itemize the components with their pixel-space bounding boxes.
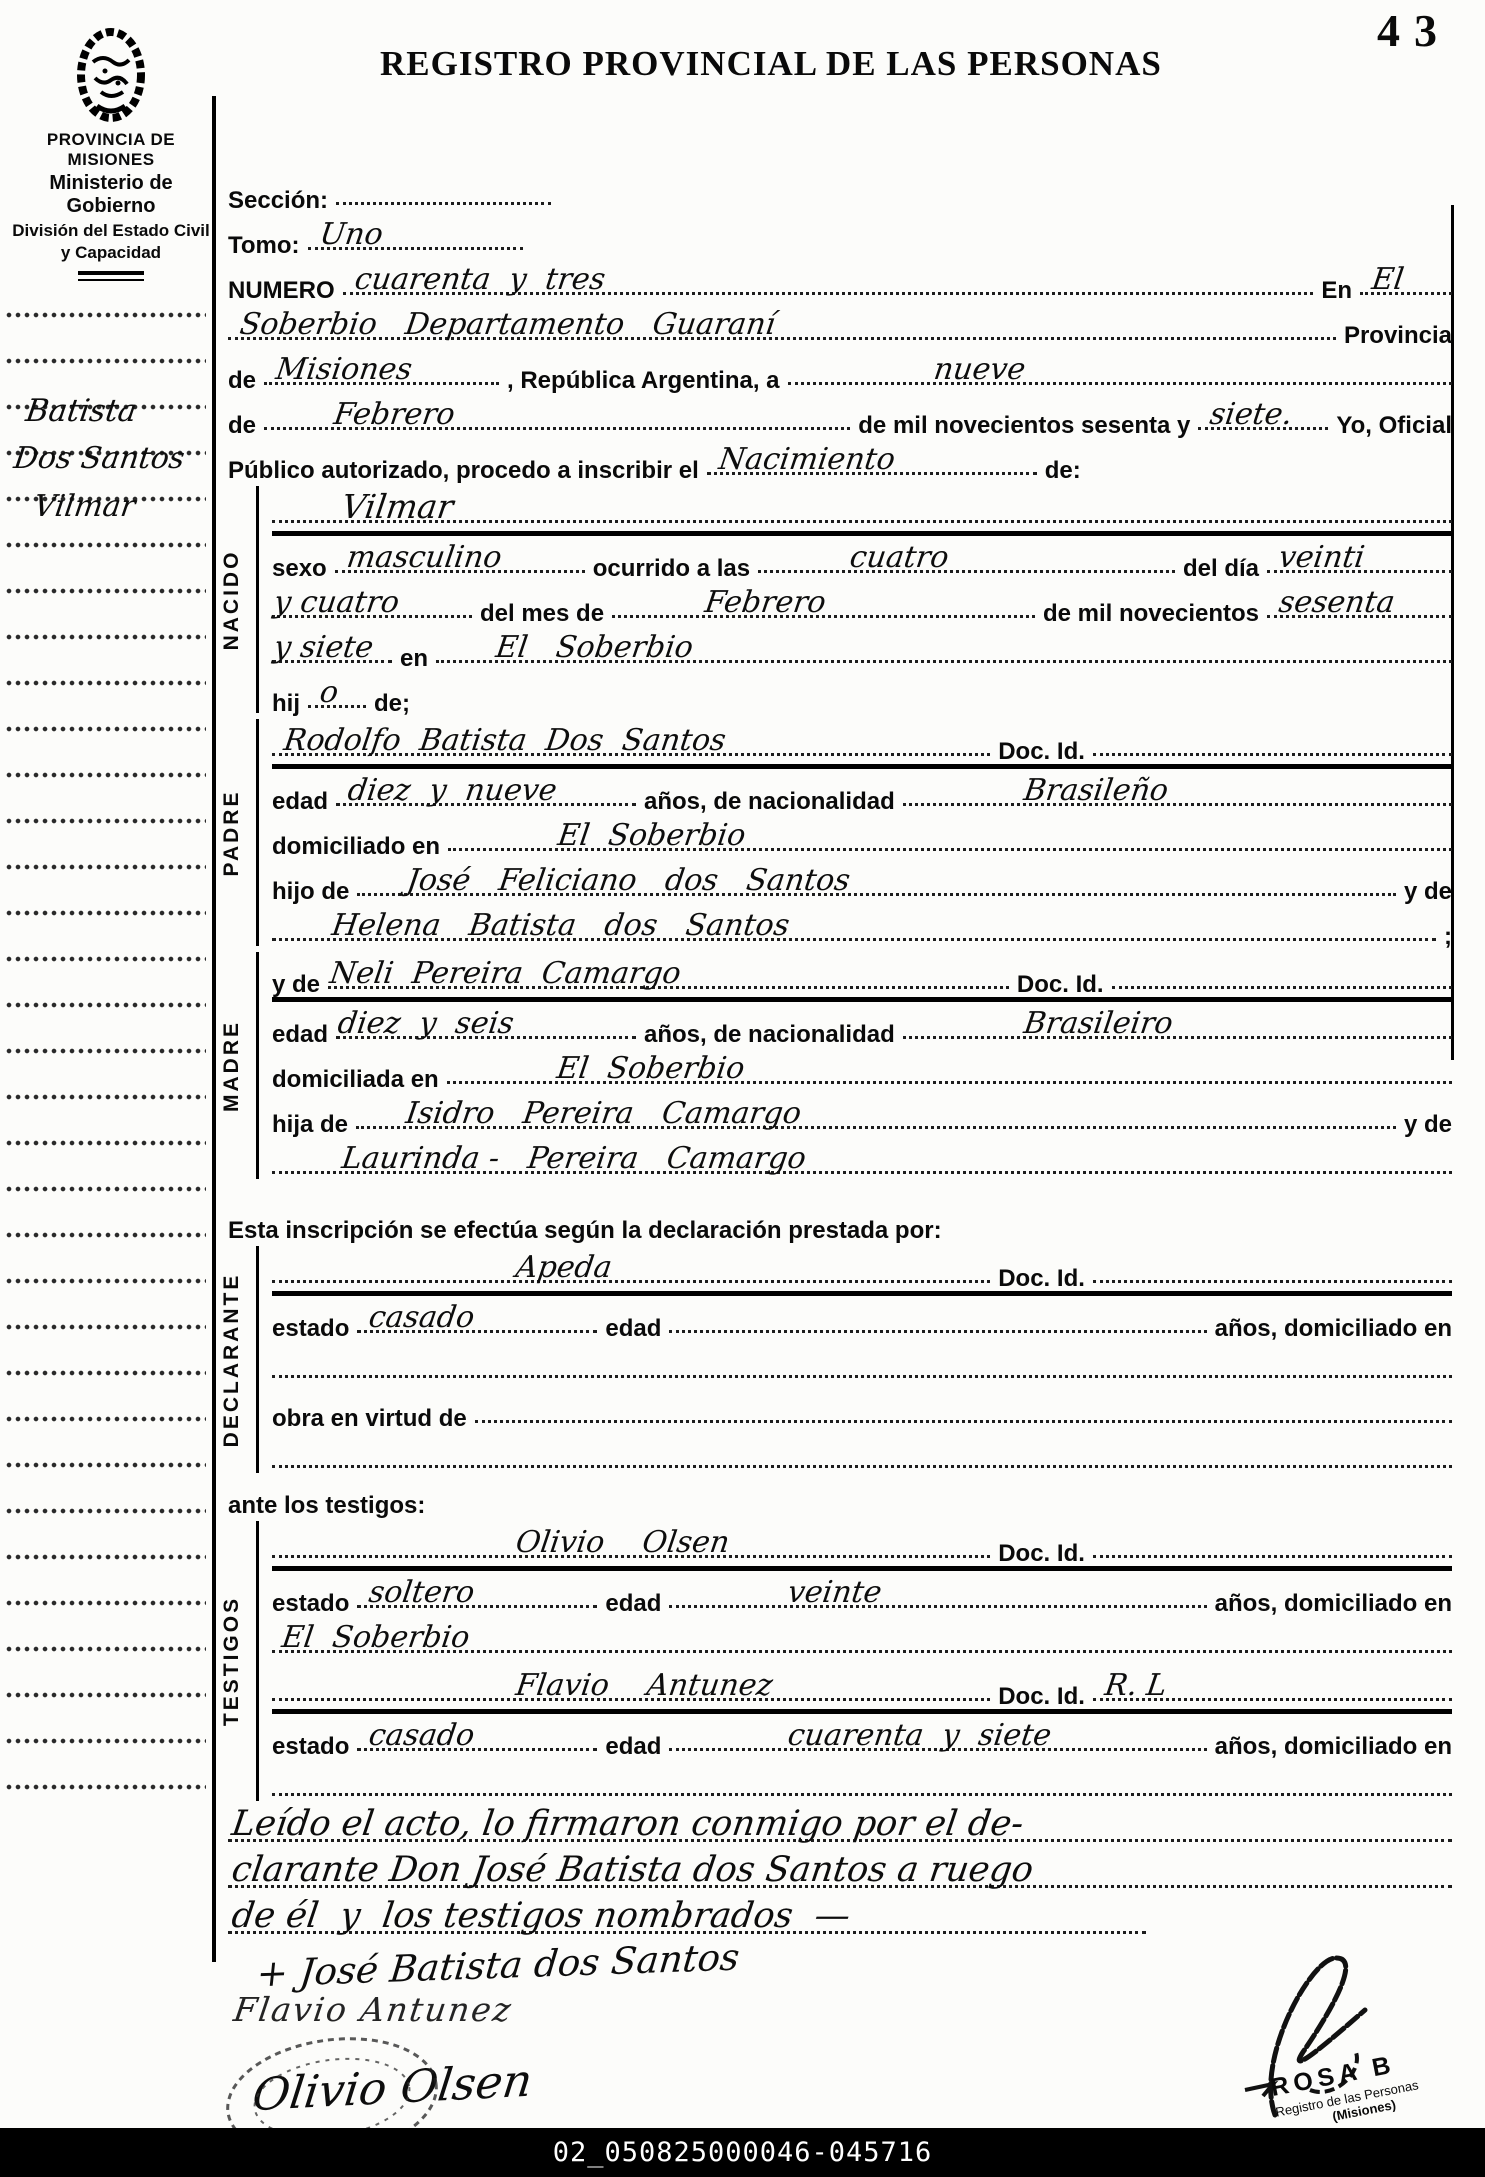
testigo1-nombre-row: Olivio Olsen Doc. Id. <box>272 1518 1452 1571</box>
estado-label: estado <box>272 1316 349 1341</box>
y-de-label: y de <box>1404 879 1452 904</box>
testigo2-blank-row <box>272 1759 1452 1804</box>
nacido-dia2-row: y cuatro del mes de Febrero de mil novec… <box>272 581 1452 626</box>
madre-dom-line: El Soberbio <box>447 1079 1452 1084</box>
mes-line: Febrero <box>612 613 1035 618</box>
declarante-edad-line <box>669 1328 1206 1333</box>
edad-label: edad <box>605 1316 661 1341</box>
edad-label: edad <box>272 789 328 814</box>
abuelo-line: José Feliciano dos Santos <box>357 891 1396 896</box>
lugar-value: El Soberbio <box>494 633 695 663</box>
inscripcion-statement-row: Esta inscripción se efectúa según la dec… <box>228 1198 1452 1243</box>
obra-line <box>475 1418 1452 1423</box>
madre-domicilio-row: domiciliada en El Soberbio <box>272 1047 1452 1092</box>
testigo2-doc-line: R. L <box>1093 1696 1452 1701</box>
testigo2-estado-line: casado <box>357 1746 597 1751</box>
nacionalidad-label: años, de nacionalidad <box>644 789 895 814</box>
provincia-label: Provincia <box>1344 323 1452 348</box>
section-label-madre: MADRE <box>220 1020 244 1112</box>
edad-label: edad <box>605 1591 661 1616</box>
testigo1-doc-line <box>1093 1553 1452 1558</box>
section-bracket <box>256 1246 259 1473</box>
y-de-label: y de <box>1404 1112 1452 1137</box>
nacido-hijo-row: hij o de; <box>272 671 1452 716</box>
nacido-nombre-row: Vilmar <box>272 483 1452 536</box>
abuelo-materno-line: Isidro Pereira Camargo <box>356 1124 1396 1129</box>
testigo2-edad-line: cuarenta y siete <box>669 1746 1206 1751</box>
nacionalidad-label: años, de nacionalidad <box>644 1022 895 1047</box>
nacido-sexo-row: sexo masculino ocurrido a las cuatro del… <box>272 536 1452 581</box>
padre-edad-row: edad diez y nueve años, de nacionalidad … <box>272 769 1452 814</box>
de2-label: de <box>228 413 256 438</box>
declarante-blank-row <box>272 1341 1452 1386</box>
closing-line1-rule: Leído el acto, lo firmaron conmigo por e… <box>228 1837 1452 1842</box>
section-madre: MADRE y de Neli Pereira Camargo Doc. Id.… <box>228 949 1452 1182</box>
field-row-tomo: Tomo: Uno <box>228 213 1452 258</box>
estado-label: estado <box>272 1734 349 1759</box>
padre-dom-line: El Soberbio <box>448 846 1452 851</box>
testigo2-nombre-row: Flavio Antunez Doc. Id. R. L <box>272 1661 1452 1714</box>
padre-hijo-row: hijo de José Feliciano dos Santos y de <box>272 859 1452 904</box>
padre-edad: diez y nueve <box>346 776 559 806</box>
closing-line2: clarante Don José Batista dos Santos a r… <box>230 1853 1036 1888</box>
section-testigos: TESTIGOS Olivio Olsen Doc. Id. estado so… <box>228 1518 1452 1804</box>
margin-note-firstname: Vilmar <box>32 492 137 522</box>
testigo1-domicilio: El Soberbio <box>280 1623 472 1653</box>
section-label-padre: PADRE <box>220 789 244 876</box>
anio2-line: y siete <box>272 658 392 663</box>
madre-nac-line: Brasileiro <box>903 1034 1452 1039</box>
nombre-line: Vilmar <box>272 518 1452 523</box>
abuela-materna: Laurinda - Pereira Camargo <box>340 1144 808 1174</box>
letterhead-rule <box>78 271 144 281</box>
mes-value: Febrero <box>332 400 457 430</box>
padre-edad-line: diez y nueve <box>336 801 636 806</box>
section-padre: PADRE Rodolfo Batista Dos Santos Doc. Id… <box>228 716 1452 949</box>
closing-line3: de él y los testigos nombrados — <box>230 1899 853 1934</box>
en-value: El <box>1370 265 1406 295</box>
mes-line: Febrero <box>264 425 850 430</box>
padre-nombre: Rodolfo Batista Dos Santos <box>282 726 728 756</box>
declarante-nombre-line: Apeda <box>272 1278 990 1283</box>
testigos-intro: ante los testigos: <box>228 1493 425 1518</box>
closing-line3-rule: de él y los testigos nombrados — <box>228 1929 1146 1934</box>
padre-domicilio: El Soberbio <box>556 821 748 851</box>
abuela-materna-line: Laurinda - Pereira Camargo <box>272 1169 1452 1174</box>
testigo1-nombre-line: Olivio Olsen <box>272 1553 990 1558</box>
declarante-nombre: Apeda <box>514 1253 614 1283</box>
declarante-obra-row: obra en virtud de <box>272 1386 1452 1431</box>
margin-note-surname2: Dos Santos <box>12 444 187 474</box>
hijo-line: o <box>308 703 366 708</box>
madre-hija-row: hija de Isidro Pereira Camargo y de <box>272 1092 1452 1137</box>
anio-line: sesenta <box>1267 613 1452 618</box>
obra-label: obra en virtud de <box>272 1406 467 1431</box>
anio-value: siete. <box>1208 400 1294 430</box>
inscripcion-statement: Esta inscripción se efectúa según la dec… <box>228 1218 942 1243</box>
hijo-de-label: hijo de <box>272 879 349 904</box>
domiciliada-label: domiciliada en <box>272 1067 439 1092</box>
letterhead-ministry: Ministerio de Gobierno <box>6 172 216 218</box>
hora-value: cuatro <box>848 543 951 573</box>
dia-value: veinti <box>1277 543 1366 573</box>
abuela-paterna: Helena Batista dos Santos <box>330 911 791 941</box>
testigo1-edad-line: veinte <box>669 1603 1206 1608</box>
testigo1-dom-line: El Soberbio <box>272 1648 1452 1653</box>
padre-nacionalidad: Brasileño <box>1021 776 1169 806</box>
nacido-nombre: Vilmar <box>340 490 456 523</box>
abuela-line: Helena Batista dos Santos <box>272 936 1436 941</box>
hora-line: cuatro <box>758 568 1175 573</box>
doc-id-label: Doc. Id. <box>998 1684 1085 1709</box>
form-body: Sección: Tomo: Uno NUMERO cuarenta y tre… <box>228 168 1452 2116</box>
section-label-testigos: TESTIGOS <box>220 1596 244 1726</box>
field-row-seccion: Sección: <box>228 168 1452 213</box>
edad-label: edad <box>605 1734 661 1759</box>
provincial-seal-icon <box>71 26 151 124</box>
republica-label: , República Argentina, a <box>507 368 780 393</box>
field-row-numero: NUMERO cuarenta y tres En El <box>228 258 1452 303</box>
en-label: en <box>400 646 428 671</box>
numero-line: cuarenta y tres <box>343 290 1314 295</box>
dia-line: veinti <box>1267 568 1452 573</box>
declarante-estado-row: estado casado edad años, domiciliado en <box>272 1296 1452 1341</box>
closing-line-row: clarante Don José Batista dos Santos a r… <box>228 1850 1452 1896</box>
de-label: de <box>228 368 256 393</box>
numero-label: NUMERO <box>228 278 335 303</box>
testigo2-estado-row: estado casado edad cuarenta y siete años… <box>272 1714 1452 1759</box>
doc-id-label: Doc. Id. <box>998 739 1085 764</box>
page-title: REGISTRO PROVINCIAL DE LAS PERSONAS <box>380 44 1120 84</box>
dia2-line: y cuatro <box>272 613 472 618</box>
domiciliado-label: años, domiciliado en <box>1215 1316 1452 1341</box>
letterhead-province: PROVINCIA DE MISIONES <box>6 130 216 170</box>
oficial-label: Yo, Oficial <box>1336 413 1452 438</box>
declarante-blank-row2 <box>272 1431 1452 1476</box>
testigo1-estado-row: estado soltero edad veinte años, domicil… <box>272 1571 1452 1616</box>
section-label-nacido: NACIDO <box>220 549 244 650</box>
padre-nombre-row: Rodolfo Batista Dos Santos Doc. Id. <box>272 716 1452 769</box>
madre-edad: diez y seis <box>336 1009 516 1039</box>
hijo-label: hij <box>272 691 300 716</box>
testigo2-nombre: Flavio Antunez <box>514 1671 775 1701</box>
vertical-divider <box>212 96 216 1962</box>
madre-nombre-line: Neli Pereira Camargo <box>328 984 1009 989</box>
dia-label: del día <box>1183 556 1259 581</box>
section-bracket <box>256 952 259 1179</box>
numero-value: cuarenta y tres <box>353 265 607 295</box>
declarante-estado: casado <box>367 1303 476 1333</box>
field-row-inscribir: Público autorizado, procedo a inscribir … <box>228 438 1452 483</box>
blank-line <box>272 1373 1452 1378</box>
section-label-declarante: DECLARANTE <box>220 1272 244 1447</box>
padre-abuela-row: Helena Batista dos Santos ; <box>272 904 1452 949</box>
declarante-doc-line <box>1093 1278 1452 1283</box>
en-line: El <box>1360 290 1452 295</box>
anio-label: de mil novecientos sesenta y <box>858 413 1190 438</box>
doc-id-label: Doc. Id. <box>998 1266 1085 1291</box>
anio-label: de mil novecientos <box>1043 601 1259 626</box>
tomo-line: Uno <box>308 245 523 250</box>
madre-domicilio: El Soberbio <box>555 1054 747 1084</box>
acto-value: Nacimiento <box>717 445 897 475</box>
y-de-label: y de <box>272 972 320 997</box>
sexo-value: masculino <box>345 543 504 573</box>
section-bracket <box>256 1521 259 1801</box>
sexo-line: masculino <box>335 568 585 573</box>
blank-line <box>272 1791 1452 1796</box>
abuelo-paterno: José Feliciano dos Santos <box>405 866 852 896</box>
padre-domicilio-row: domiciliado en El Soberbio <box>272 814 1452 859</box>
madre-nombre: Neli Pereira Camargo <box>328 959 683 989</box>
hijo-de-label: de; <box>374 691 410 716</box>
testigo2-doc-value: R. L <box>1103 1671 1169 1701</box>
section-bracket <box>256 719 259 946</box>
nacido-lugar-row: y siete en El Soberbio <box>272 626 1452 671</box>
testigos-intro-row: ante los testigos: <box>228 1476 1452 1518</box>
padre-nombre-line: Rodolfo Batista Dos Santos <box>272 751 990 756</box>
dia-line: nueve <box>788 380 1452 385</box>
lugar-line: El Soberbio <box>436 658 1452 663</box>
mes-value: Febrero <box>703 588 828 618</box>
acto-line: Nacimiento <box>707 470 1037 475</box>
de3-label: de: <box>1045 458 1081 483</box>
dia2-value: y cuatro <box>272 588 401 618</box>
margin-ruled-lines <box>6 312 206 1828</box>
page-number: 43 <box>1377 4 1451 57</box>
anio-value: sesenta <box>1277 588 1397 618</box>
testigo1-nombre: Olivio Olsen <box>514 1528 731 1558</box>
testigo2-edad: cuarenta y siete <box>785 1721 1052 1751</box>
blank-line <box>272 1463 1452 1468</box>
hora-label: ocurrido a las <box>593 556 750 581</box>
doc-id-label: Doc. Id. <box>1017 972 1104 997</box>
doc-id-label: Doc. Id. <box>998 1541 1085 1566</box>
domiciliado-label: años, domiciliado en <box>1215 1734 1452 1759</box>
en-label: En <box>1321 278 1352 303</box>
tomo-label: Tomo: <box>228 233 300 258</box>
lugar-value: Soberbio Departamento Guaraní <box>238 310 777 340</box>
field-row-fecha: de Febrero de mil novecientos sesenta y … <box>228 393 1452 438</box>
testigo2-estado: casado <box>367 1721 476 1751</box>
madre-edad-row: edad diez y seis años, de nacionalidad B… <box>272 1002 1452 1047</box>
estado-label: estado <box>272 1591 349 1616</box>
closing-line1: Leído el acto, lo firmaron conmigo por e… <box>230 1807 1026 1842</box>
dia-value: nueve <box>932 355 1027 385</box>
section-bracket <box>256 486 259 713</box>
declarante-nombre-row: Apeda Doc. Id. <box>272 1243 1452 1296</box>
madre-abuela-row: Laurinda - Pereira Camargo <box>272 1137 1452 1182</box>
madre-doc-line <box>1112 984 1452 989</box>
abuelo-materno: Isidro Pereira Camargo <box>404 1099 803 1129</box>
domiciliado-label: domiciliado en <box>272 834 440 859</box>
madre-edad-line: diez y seis <box>336 1034 636 1039</box>
anio-line: siete. <box>1198 425 1328 430</box>
letterhead: PROVINCIA DE MISIONES Ministerio de Gobi… <box>6 26 216 281</box>
declarante-signature: + José Batista dos Santos <box>255 1939 741 1993</box>
field-row-lugar: Soberbio Departamento Guaraní Provincia <box>228 303 1452 348</box>
letterhead-division2: y Capacidad <box>6 243 216 263</box>
sexo-label: sexo <box>272 556 327 581</box>
section-nacido: NACIDO Vilmar sexo masculino ocurrido a … <box>228 483 1452 716</box>
madre-nombre-row: y de Neli Pereira Camargo Doc. Id. <box>272 949 1452 1002</box>
anio2-value: y siete <box>272 633 375 663</box>
closing-line2-rule: clarante Don José Batista dos Santos a r… <box>228 1883 1452 1888</box>
declarante-estado-line: casado <box>357 1328 597 1333</box>
lugar-line: Soberbio Departamento Guaraní <box>228 335 1336 340</box>
domiciliado-label: años, domiciliado en <box>1215 1591 1452 1616</box>
provincia-value: Misiones <box>274 355 414 385</box>
margin-note-surname: Batista <box>24 396 139 427</box>
hijo-value: o <box>318 678 340 708</box>
testigo1-domicilio-row: El Soberbio <box>272 1616 1452 1661</box>
provincia-line: Misiones <box>264 380 499 385</box>
inscribir-label: Público autorizado, procedo a inscribir … <box>228 458 699 483</box>
scan-code-bar: 02_050825000046-045716 <box>0 2128 1485 2177</box>
testigo-signature: Flavio Antunez <box>232 1993 515 2026</box>
closing-line-row: Leído el acto, lo firmaron conmigo por e… <box>228 1804 1452 1850</box>
padre-doc-line <box>1093 751 1452 756</box>
madre-nacionalidad: Brasileiro <box>1021 1009 1174 1039</box>
testigo1-estado: soltero <box>367 1578 476 1608</box>
edad-label: edad <box>272 1022 328 1047</box>
birth-certificate-scan: 43 REGISTRO PROVINCIAL DE LAS PERSONAS P… <box>0 0 1485 2177</box>
letterhead-division: División del Estado Civil <box>6 221 216 241</box>
testigo1-estado-line: soltero <box>357 1603 597 1608</box>
field-row-provincia: de Misiones , República Argentina, a nue… <box>228 348 1452 393</box>
tomo-value: Uno <box>317 220 384 250</box>
section-declarante: DECLARANTE Apeda Doc. Id. estado casado … <box>228 1243 1452 1476</box>
seccion-label: Sección: <box>228 188 328 213</box>
scan-code: 02_050825000046-045716 <box>553 2137 933 2168</box>
testigo1-edad: veinte <box>785 1578 883 1608</box>
closing-line-row: de él y los testigos nombrados — <box>228 1896 1452 1942</box>
padre-nac-line: Brasileño <box>903 801 1452 806</box>
hija-de-label: hija de <box>272 1112 348 1137</box>
testigo2-nombre-line: Flavio Antunez <box>272 1696 990 1701</box>
mes-label: del mes de <box>480 601 604 626</box>
seccion-blank <box>336 200 551 205</box>
semicolon: ; <box>1444 924 1452 949</box>
